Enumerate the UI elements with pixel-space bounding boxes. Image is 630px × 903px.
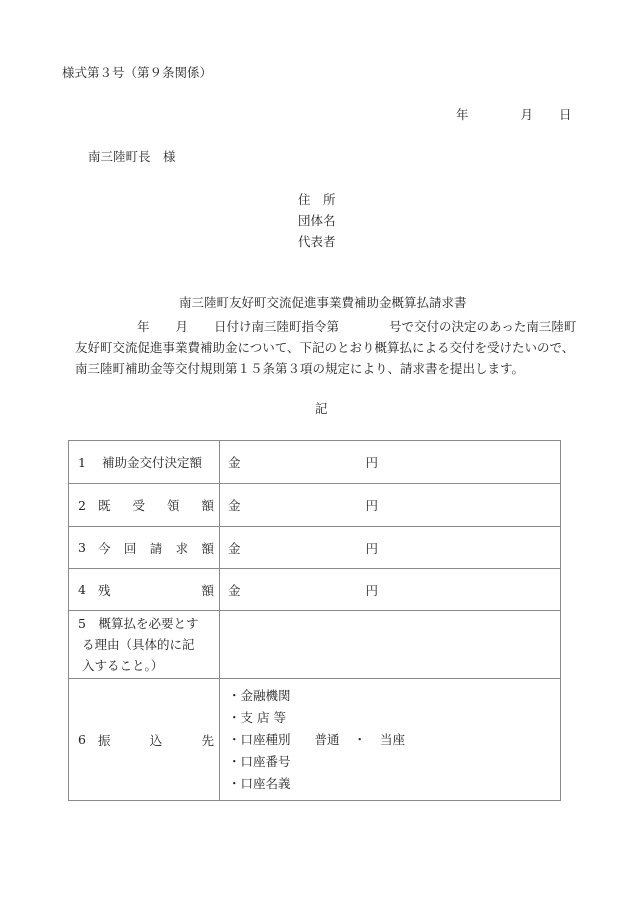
group-name-label: 団体名 <box>298 214 336 235</box>
account-name-item[interactable]: ・口座名義 <box>228 773 560 795</box>
transfer-destination-label: 6 振 込 先 <box>69 679 220 801</box>
account-type-item[interactable]: ・口座種別普通・当座 <box>228 729 560 751</box>
applicant-block: 住 所 団体名 代表者 <box>298 193 336 256</box>
row-3-label: 3 今 回 請 求 額 <box>69 527 220 569</box>
claim-table: 1 補助金交付決定額 金円 2 既 受 領 額 金円 <box>68 440 561 801</box>
body-month: 月 <box>176 319 189 334</box>
transfer-destination-field[interactable]: ・金融機関 ・支 店 等 ・口座種別普通・当座 ・口座番号 ・口座名義 <box>220 679 561 801</box>
document-title: 南三陸町友好町交流促進事業費補助金概算払請求書 <box>179 297 467 310</box>
already-received-amount-field[interactable]: 金円 <box>220 484 561 527</box>
grant-decision-amount-label: 補助金交付決定額 <box>92 453 214 471</box>
branch-item[interactable]: ・支 店 等 <box>228 707 560 729</box>
body-line-1: 年月日付け南三陸町指令第号で交付の決定のあった南三陸町 <box>75 320 576 341</box>
table-row: 6 振 込 先 ・金融機関 ・支 店 等 ・口座種別普通・当座 ・口座番号 ・口… <box>69 679 561 801</box>
reason-field[interactable] <box>220 611 561 679</box>
table-row: 4 残 額 金円 <box>69 569 561 611</box>
reason-label: 5 概算払を必要とす る理由（具体的に記 入すること。） <box>69 611 220 679</box>
table-row: 5 概算払を必要とす る理由（具体的に記 入すること。） <box>69 611 561 679</box>
form-number: 様式第３号（第９条関係） <box>62 67 212 80</box>
table-row: 1 補助金交付決定額 金円 <box>69 441 561 484</box>
body-year: 年 <box>137 319 150 334</box>
body-directive: 日付け南三陸町指令第 <box>214 319 339 334</box>
body-text: 年月日付け南三陸町指令第号で交付の決定のあった南三陸町 友好町交流促進事業費補助… <box>75 320 576 383</box>
body-line-2: 友好町交流促進事業費補助金について、下記のとおり概算払による交付を受けたいので、 <box>75 341 576 362</box>
body-number-suffix: 号で交付の決定のあった南三陸町 <box>389 319 576 334</box>
grant-decision-amount-field[interactable]: 金円 <box>220 441 561 484</box>
date-line: 年月日 <box>456 109 572 122</box>
account-type-ordinary[interactable]: 普通 <box>315 732 340 747</box>
body-line-3: 南三陸町補助金等交付規則第１５条第３項の規定により、請求書を提出します。 <box>75 362 576 383</box>
representative-label: 代表者 <box>298 235 336 256</box>
addressee: 南三陸町長 様 <box>88 151 176 164</box>
table-row: 2 既 受 領 額 金円 <box>69 484 561 527</box>
account-type-current[interactable]: 当座 <box>380 732 405 747</box>
row-1-label: 1 補助金交付決定額 <box>69 441 220 484</box>
current-claim-amount-field[interactable]: 金円 <box>220 527 561 569</box>
balance-amount-field[interactable]: 金円 <box>220 569 561 611</box>
account-number-item[interactable]: ・口座番号 <box>228 751 560 773</box>
row-2-label: 2 既 受 領 額 <box>69 484 220 527</box>
bank-name-item[interactable]: ・金融機関 <box>228 685 560 707</box>
address-label: 住 所 <box>298 193 336 214</box>
table-row: 3 今 回 請 求 額 金円 <box>69 527 561 569</box>
ki-heading: 記 <box>315 403 328 416</box>
year-label: 年 <box>456 109 469 122</box>
month-label: 月 <box>521 109 534 122</box>
day-label: 日 <box>559 109 572 122</box>
row-4-label: 4 残 額 <box>69 569 220 611</box>
